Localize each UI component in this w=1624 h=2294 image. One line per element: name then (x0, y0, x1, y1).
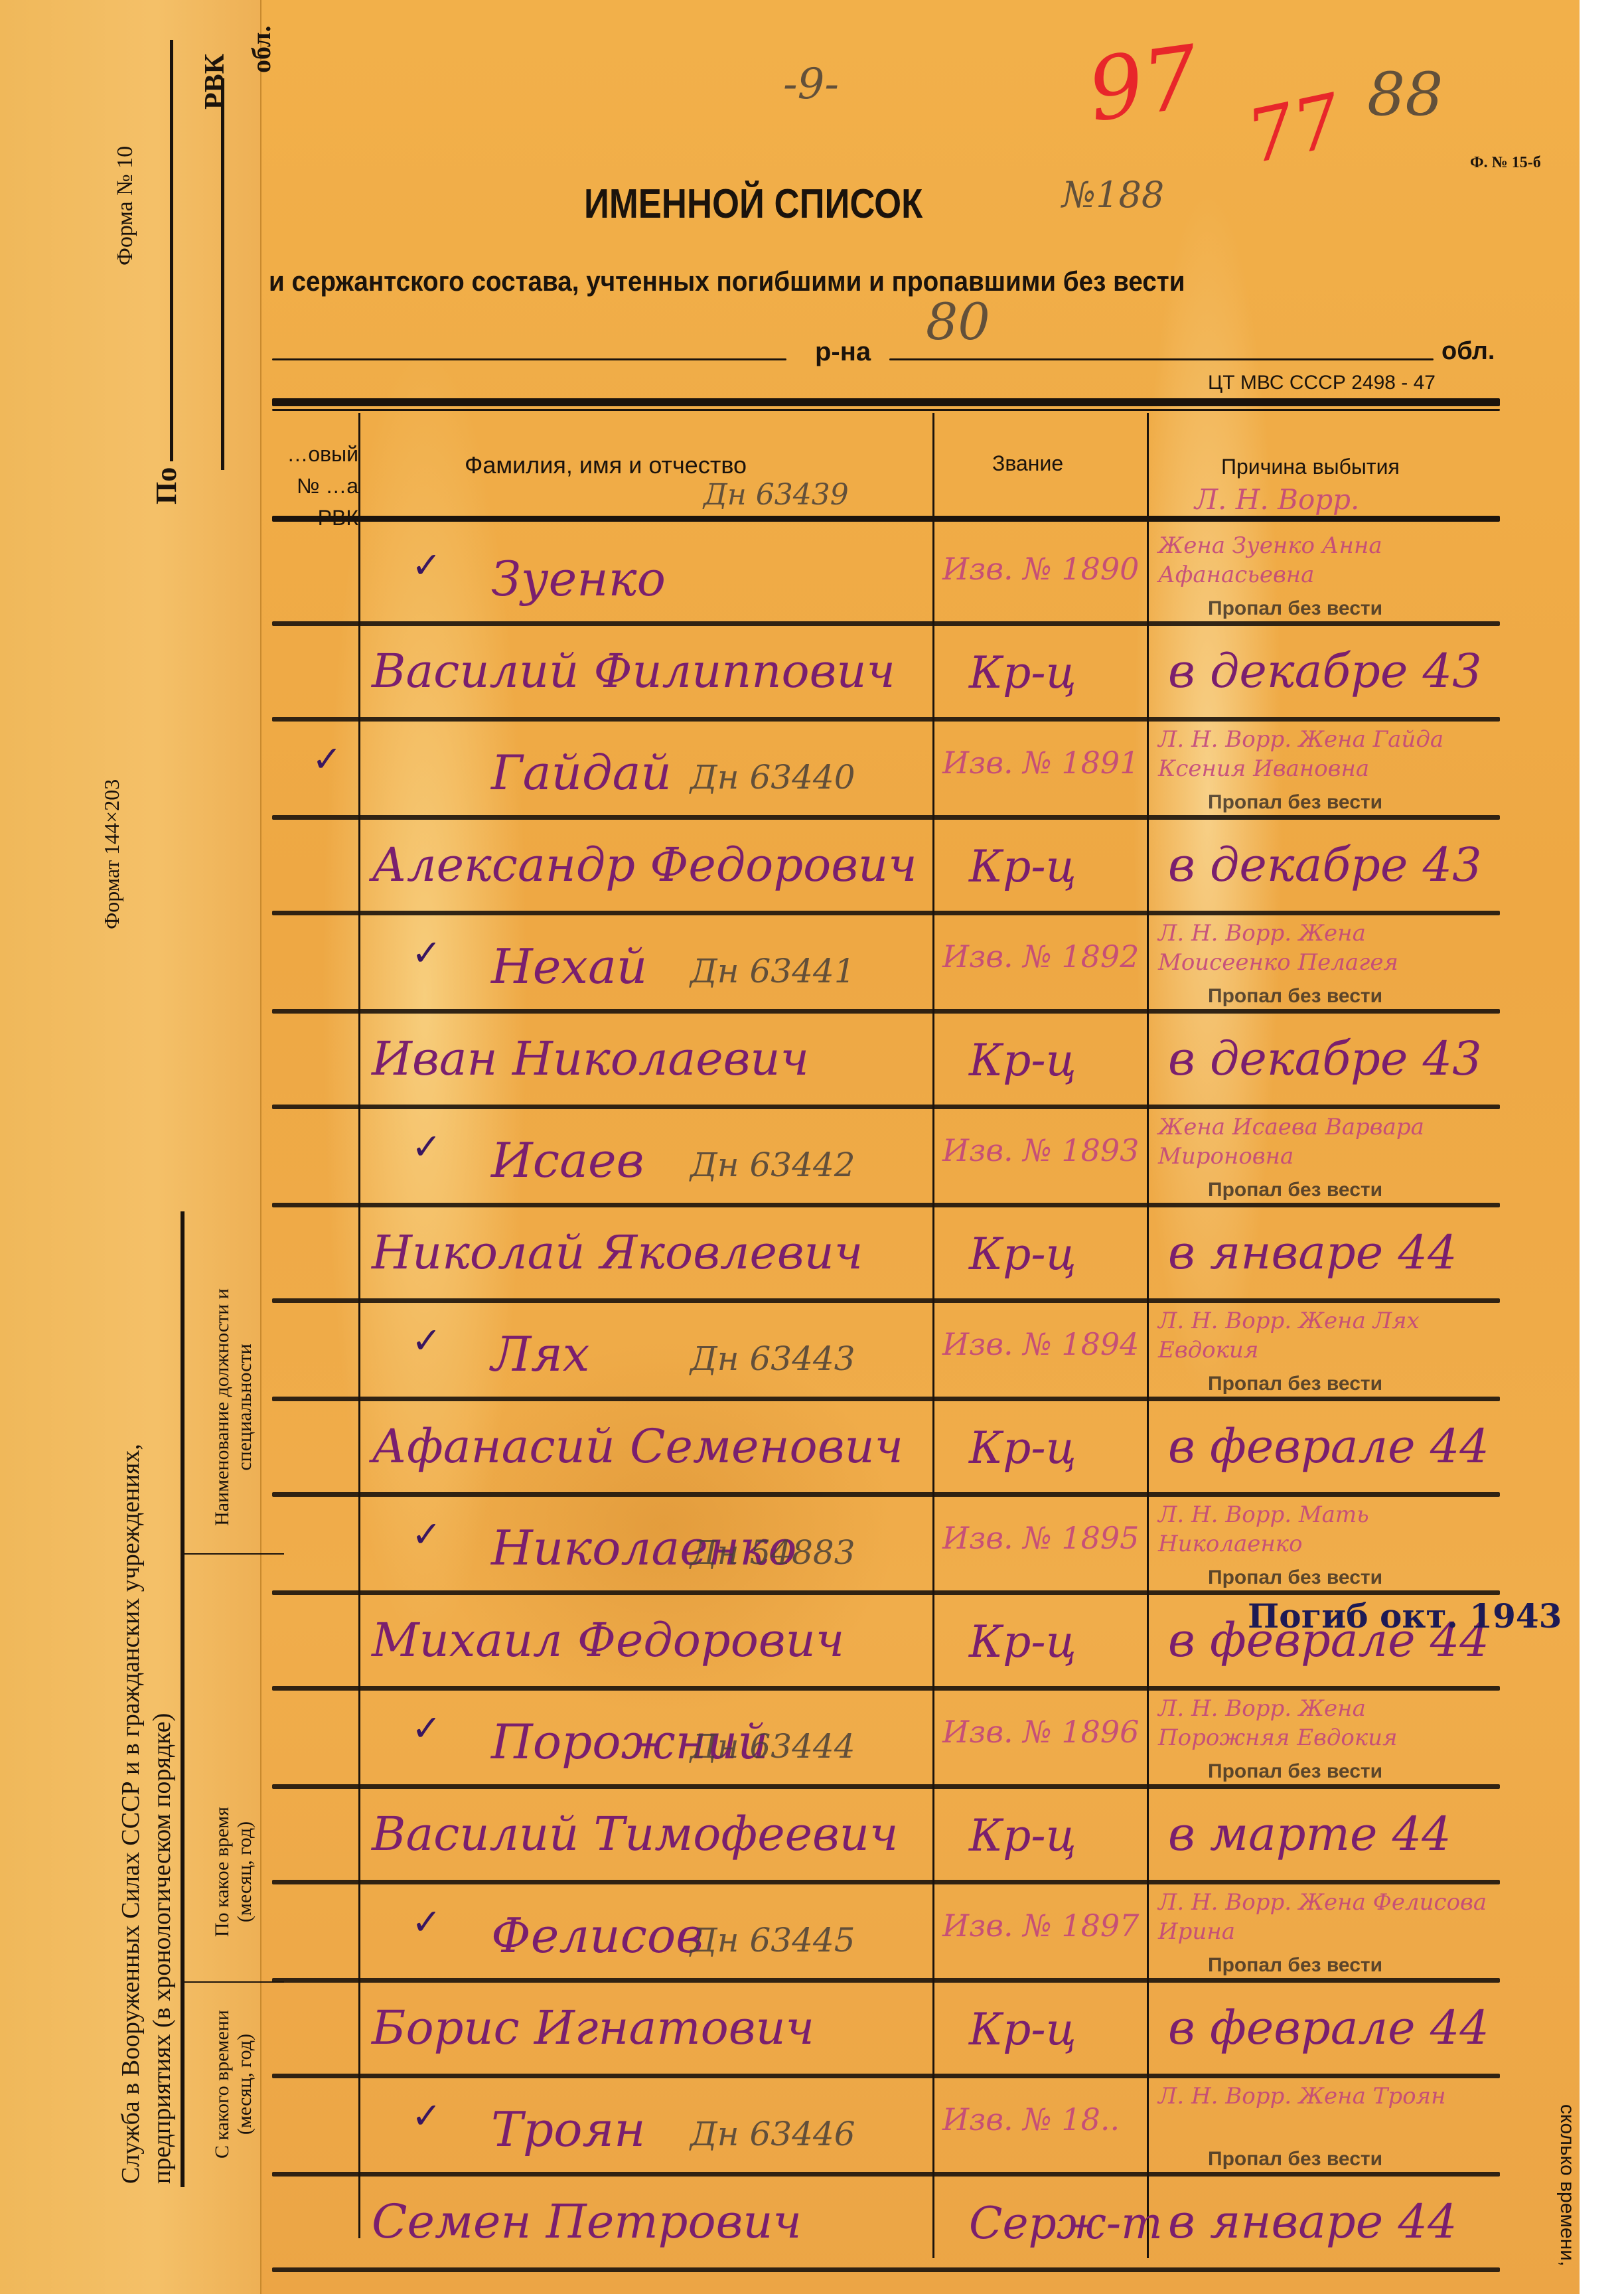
missing-stamp: Пропал без вести (1208, 1373, 1382, 1395)
rank: Кр-ц (969, 841, 1076, 892)
record-id: Дн 63445 (690, 1921, 855, 1959)
given-names: Борис Игнатович (372, 2001, 814, 2055)
next-of-kin-note: Л. Н. Ворр. Жена Троян (1158, 2082, 1503, 2111)
col-to-header: По какое время (месяц, год) (211, 1779, 256, 1965)
row-mid-rule (272, 1203, 1500, 1207)
col-line-number (358, 413, 360, 2238)
missing-stamp: Пропал без вести (1208, 1567, 1382, 1589)
left-form-strip: Форма № 10 По РВК обл. Формат 144×203 Сл… (0, 0, 261, 2294)
rank: Серж-т (969, 2198, 1163, 2249)
rank: Кр-ц (969, 2004, 1076, 2055)
record-id: Дн 63442 (690, 1146, 855, 1184)
given-names: Иван Николаевич (372, 1032, 809, 1086)
loss-date: в марте 44 (1168, 1807, 1451, 1861)
region-value: 80 (926, 292, 990, 351)
printer-mark: ЦТ МВС СССР 2498 - 47 (1208, 372, 1436, 394)
record-id: Дн 63444 (690, 1727, 855, 1766)
form-code: Ф. № 15-б (1470, 154, 1541, 172)
format-label: Формат 144×203 (100, 779, 124, 929)
rank: Кр-ц (969, 1035, 1076, 1086)
surname: Лях (491, 1326, 589, 1382)
row-bottom-rule (272, 1880, 1500, 1884)
checkmark-icon: ✓ (411, 2095, 441, 2137)
loss-date: в январе 44 (1168, 1225, 1457, 1280)
service-title-1: Служба в Вооруженных Силах СССР и в граж… (116, 1444, 145, 2184)
col-header-reason: Причина выбытия (1221, 455, 1400, 479)
row-bottom-rule (272, 1105, 1500, 1109)
rank: Кр-ц (969, 1422, 1076, 1474)
given-names: Николай Яковлевич (372, 1225, 863, 1280)
service-title-2: предприятиях (в хронологическом порядке) (147, 1713, 177, 2184)
rank: Кр-ц (969, 1616, 1076, 1667)
table-top-rule (272, 398, 1500, 406)
birth-year: Изв. № 1896 (942, 1714, 1139, 1750)
service-divider (181, 1211, 185, 2187)
surname: Нехай (491, 939, 647, 994)
given-names: Василий Тимофеевич (372, 1807, 898, 1861)
row-mid-rule (272, 2172, 1500, 2177)
next-of-kin-note: Л. Н. Ворр. Жена Моисеенко Пелагея (1158, 919, 1503, 977)
document-title: ИМЕННОЙ СПИСОК (584, 181, 923, 228)
row-bottom-rule (272, 911, 1500, 915)
page-number: -9- (783, 60, 839, 109)
given-names: Семен Петрович (372, 2194, 802, 2249)
checkmark-icon: ✓ (411, 932, 441, 974)
col-divider-2 (185, 1553, 284, 1555)
rank: Кр-ц (969, 1229, 1076, 1280)
given-names: Михаил Федорович (372, 1613, 844, 1667)
rank: Кр-ц (969, 647, 1076, 698)
district-line (272, 358, 786, 360)
archive-number-3: 88 (1367, 60, 1443, 129)
po-line (170, 40, 173, 461)
header-id-annotation: Дн 63439 (703, 478, 849, 512)
loss-date: в декабре 43 (1168, 1032, 1482, 1086)
surname: Зуенко (491, 551, 666, 607)
row-bottom-rule (272, 1686, 1500, 1691)
checkmark-icon: ✓ (411, 1707, 441, 1749)
row-bottom-rule (272, 2074, 1500, 2078)
row-mid-rule (272, 1590, 1500, 1595)
checkmark-icon: ✓ (411, 544, 441, 586)
birth-year: Изв. № 1893 (942, 1132, 1139, 1168)
row-mid-rule (272, 815, 1500, 820)
right-edge-text: сколько времени, (1556, 2104, 1578, 2266)
row-mid-rule (272, 621, 1500, 626)
surname: Троян (491, 2102, 646, 2157)
form-number: Форма № 10 (113, 146, 138, 266)
col-position-header: Наименование должности и специальности (211, 1268, 256, 1547)
po-label: По (149, 467, 183, 504)
archive-number-1: 97 (1082, 26, 1205, 141)
checkmark-icon: ✓ (411, 1513, 441, 1555)
table-header-rule (272, 516, 1500, 522)
oblast-label: обл. (1441, 337, 1495, 366)
row-mid-rule (272, 1784, 1500, 1789)
loss-date: в феврале 44 (1168, 1419, 1489, 1474)
birth-year: Изв. № 18.. (942, 2102, 1120, 2137)
document-subtitle: и сержантского состава, учтенных погибши… (269, 266, 1185, 297)
row-bottom-rule (272, 717, 1500, 722)
region-label: р-на (815, 337, 871, 367)
surname: Фелисов (491, 1908, 703, 1963)
record-id: Дн 63446 (690, 2115, 855, 2153)
next-of-kin-note: Жена Зуенко Анна Афанасьевна (1158, 531, 1503, 589)
col-header-number: …овый № …а РВК (259, 438, 358, 534)
next-of-kin-note: Л. Н. Ворр. Жена Гайда Ксения Ивановна (1158, 725, 1503, 783)
loss-date: в декабре 43 (1168, 838, 1482, 892)
checkmark-icon: ✓ (411, 1320, 441, 1361)
row-mid-rule (272, 1978, 1500, 1983)
record-id: Дн 63443 (690, 1339, 855, 1378)
missing-stamp: Пропал без вести (1208, 985, 1382, 1008)
next-of-kin-note: Л. Н. Ворр. Мать Николаенко (1158, 1500, 1503, 1559)
loss-date: в феврале 44 (1168, 2001, 1489, 2055)
record-id: Дн 63440 (690, 758, 855, 797)
birth-year: Изв. № 1892 (942, 939, 1139, 974)
checkmark-icon: ✓ (411, 1126, 441, 1168)
table-top-rule-2 (272, 409, 1500, 411)
oblast-line (889, 358, 1434, 360)
missing-stamp: Пропал без вести (1208, 1954, 1382, 1977)
checkmark-icon: ✓ (312, 738, 342, 780)
birth-year: Изв. № 1895 (942, 1520, 1139, 1556)
obl-label: обл. (246, 26, 277, 73)
row-bottom-rule (272, 2267, 1500, 2272)
missing-stamp: Пропал без вести (1208, 791, 1382, 814)
rvk-line (221, 78, 224, 470)
missing-stamp: Пропал без вести (1208, 2148, 1382, 2171)
row-mid-rule (272, 1009, 1500, 1014)
col-header-name: Фамилия, имя и отчество (465, 451, 747, 479)
birth-year: Изв. № 1894 (942, 1326, 1139, 1362)
next-of-kin-note: Л. Н. Ворр. Жена Лях Евдокия (1158, 1306, 1503, 1365)
record-id: Дн 54883 (690, 1533, 855, 1572)
given-names: Василий Филиппович (372, 644, 895, 698)
col-divider-1 (185, 1981, 284, 1983)
col-from-header: С какого времени (месяц, год) (211, 1991, 256, 2177)
birth-year: Изв. № 1890 (942, 551, 1139, 587)
missing-stamp: Пропал без вести (1208, 597, 1382, 620)
row-bottom-rule (272, 1492, 1500, 1497)
next-of-kin-note: Л. Н. Ворр. Жена Фелисова Ирина (1158, 1888, 1503, 1946)
rank: Кр-ц (969, 1810, 1076, 1861)
checkmark-icon: ✓ (411, 1901, 441, 1943)
given-names: Александр Федорович (372, 838, 917, 892)
surname: Гайдай (491, 745, 672, 801)
rvk-label: РВК (199, 54, 231, 110)
loss-date: в январе 44 (1168, 2194, 1457, 2249)
row-bottom-rule (272, 1298, 1500, 1303)
next-of-kin-note: Жена Исаева Варвара Мироновна (1158, 1112, 1503, 1171)
record-id: Дн 63441 (690, 952, 855, 990)
col-header-rank: Звание (992, 451, 1063, 476)
title-annotation: №188 (1062, 174, 1164, 216)
next-of-kin-note: Л. Н. Ворр. Жена Порожняя Евдокия (1158, 1694, 1503, 1752)
birth-year: Изв. № 1897 (942, 1908, 1139, 1944)
missing-stamp: Пропал без вести (1208, 1760, 1382, 1783)
loss-date: в декабре 43 (1168, 644, 1482, 698)
reason-header-annotation: Л. Н. Ворр. (1195, 483, 1359, 516)
birth-year: Изв. № 1891 (942, 745, 1139, 781)
death-note: Погиб окт. 1943 (1248, 1596, 1562, 1636)
row-mid-rule (272, 1397, 1500, 1401)
missing-stamp: Пропал без вести (1208, 1179, 1382, 1201)
given-names: Афанасий Семенович (372, 1419, 903, 1474)
surname: Исаев (491, 1132, 644, 1188)
